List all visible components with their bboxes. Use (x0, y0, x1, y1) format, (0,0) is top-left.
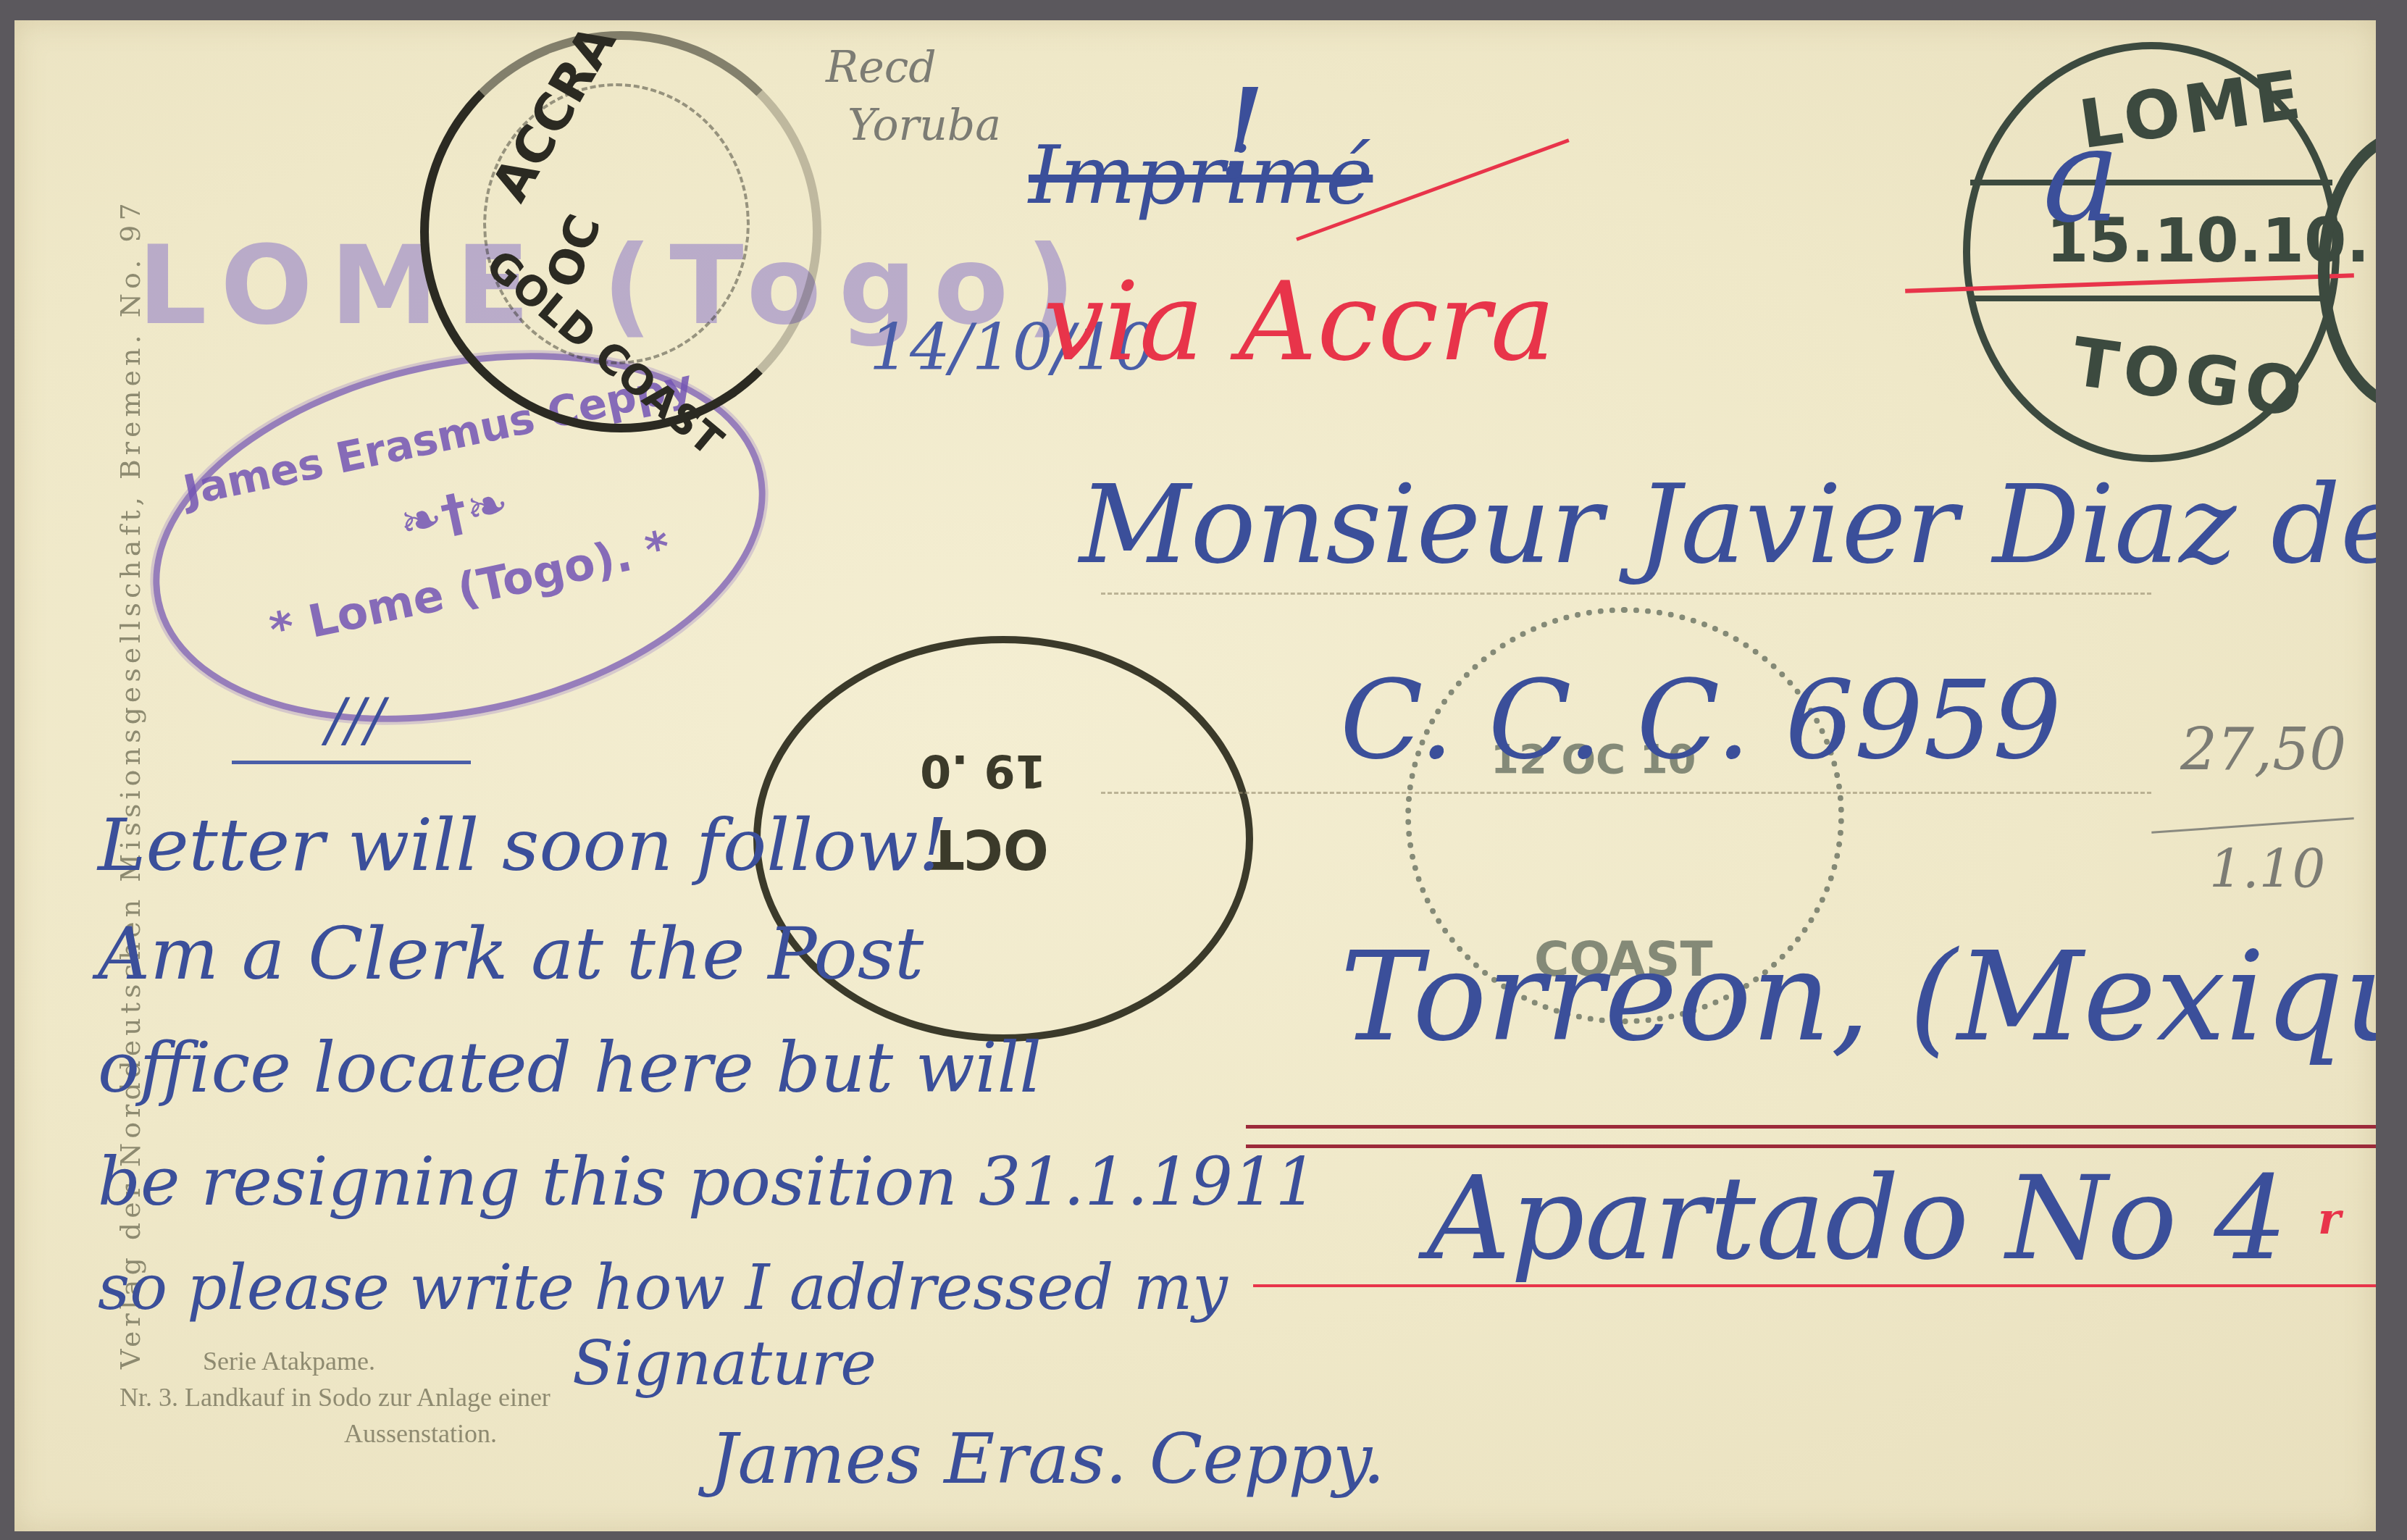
message-line-5: so please write how I addressed my (98, 1252, 1228, 1324)
address-line-3: Torreon, (Mexique) (1340, 926, 2376, 1069)
message-line-6: Signature (572, 1328, 876, 1399)
address-guide-line-2 (1101, 792, 2151, 794)
caption-series: Serie Atakpame. (203, 1346, 375, 1376)
address-line-4: Apartado No 4 (1427, 1150, 2287, 1286)
postcard: Verlag der Norddeutschen Missionsgesells… (14, 20, 2376, 1531)
message-line-3: office located here but will (98, 1027, 1042, 1108)
pencil-received-note: Recd (826, 42, 937, 93)
message-underline (232, 761, 471, 764)
message-line-4: be resigning this position 31.1.1911 (98, 1143, 1318, 1221)
imprime-text: Imprimé (1029, 129, 1373, 222)
red-tick-mark: r (2318, 1194, 2341, 1244)
lome-lower-bar (1970, 296, 2332, 301)
pencil-received-note-2: Yoruba (847, 100, 1001, 151)
address-line-2: C. C. C. 6959 (1340, 658, 2061, 784)
address-guide-line-1 (1101, 593, 2151, 595)
routing-instruction: via Accra (1043, 259, 1555, 385)
message-line-1: Letter will soon follow! (98, 803, 947, 887)
pencil-fraction-bar (2151, 817, 2354, 834)
lome-upper-bar (1970, 180, 2332, 185)
arrival-date: 19 .0 (920, 745, 1047, 798)
accra-datestamp: ACCRA OC GOLD COAST (420, 31, 821, 432)
exclamation-mark: ! (1217, 64, 1266, 207)
caption-line-1: Nr. 3. Landkauf in Sodo zur Anlage einer (120, 1382, 551, 1413)
message-line-2: Am a Clerk at the Post (98, 911, 924, 996)
address-line-1: Monsieur Javier Diaz de Leon (1079, 462, 2376, 588)
lome-datestamp: LOME 15.10.10. TOGO (1963, 42, 2340, 462)
red-rule-bottom (1253, 1284, 2376, 1287)
red-double-rule-bottom (1246, 1144, 2376, 1148)
pencil-price-top: 27,50 (2180, 716, 2346, 783)
partial-stamp-right-edge (2318, 129, 2376, 413)
sender-signature: James Eras. Ceppy. (710, 1418, 1385, 1499)
message-mark: /// (326, 687, 385, 754)
imprime-struck-through: Imprimé (1029, 129, 1373, 222)
lome-bottom-text: TOGO (2067, 323, 2312, 432)
pencil-price-bottom: 1.10 (2209, 839, 2325, 900)
pen-flourish-a: a (2043, 100, 2120, 251)
caption-line-2: Aussenstation. (344, 1418, 497, 1449)
red-double-rule-top (1246, 1125, 2376, 1129)
